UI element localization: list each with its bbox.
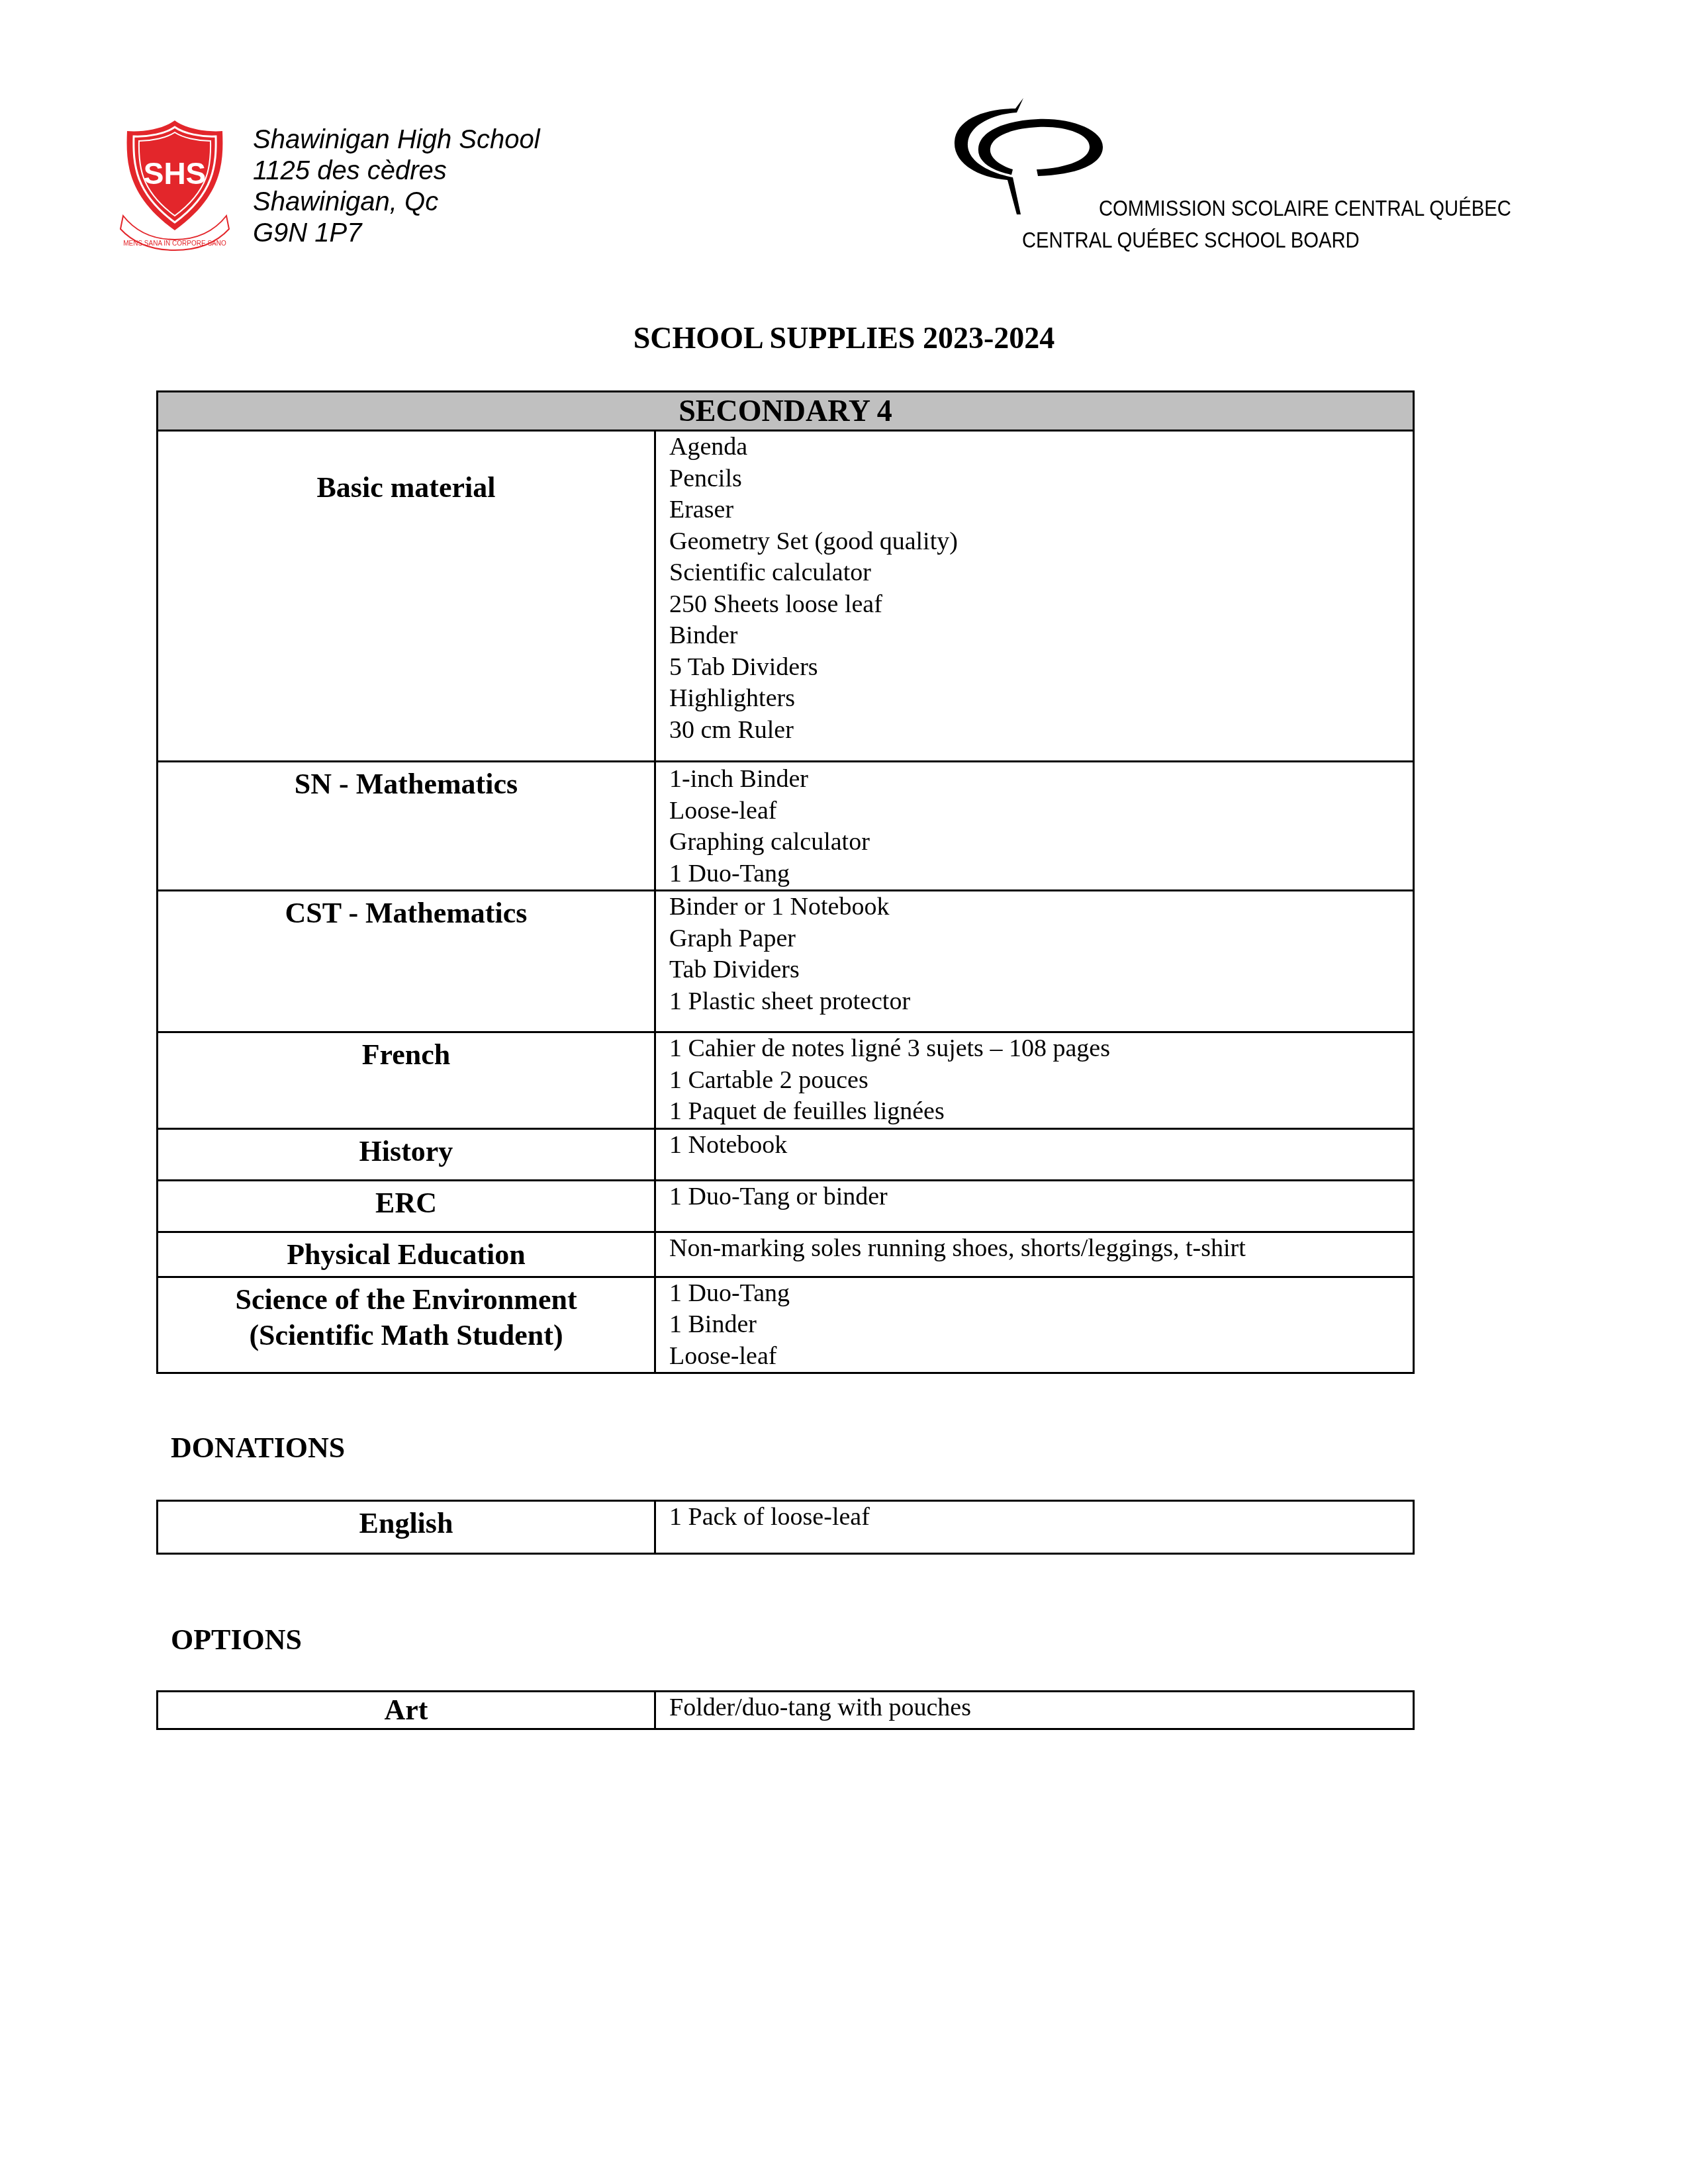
subject-line: Science of the Environment [158, 1282, 654, 1318]
table-row: Science of the Environment (Scientific M… [158, 1277, 1414, 1373]
donations-table: English 1 Pack of loose-leaf [156, 1500, 1415, 1555]
options-table: Art Folder/duo-tang with pouches [156, 1690, 1415, 1730]
subject-cell: History [158, 1128, 655, 1180]
item: Eraser [669, 494, 1413, 526]
item: Highlighters [669, 683, 1413, 715]
item: Geometry Set (good quality) [669, 526, 1413, 558]
items-cell: 1 Notebook [655, 1128, 1414, 1180]
supplies-table: SECONDARY 4 Basic material Agenda Pencil… [156, 390, 1415, 1374]
document-title: SCHOOL SUPPLIES 2023-2024 [0, 320, 1688, 355]
item: 1 Paquet de feuilles lignées [669, 1096, 1413, 1128]
item: Loose-leaf [669, 796, 1413, 827]
table-row: History 1 Notebook [158, 1128, 1414, 1180]
items-cell: Agenda Pencils Eraser Geometry Set (good… [655, 431, 1414, 762]
item: Folder/duo-tang with pouches [669, 1692, 1413, 1724]
items-cell: 1 Pack of loose-leaf [655, 1501, 1414, 1554]
subject-line: (Scientific Math Student) [158, 1318, 654, 1353]
item: 1 Binder [669, 1309, 1413, 1341]
street-address: 1125 des cèdres [253, 156, 540, 187]
subject-cell: SN - Mathematics [158, 762, 655, 891]
items-cell: 1 Duo-Tang 1 Binder Loose-leaf [655, 1277, 1414, 1373]
subject-cell: ERC [158, 1180, 655, 1232]
items-cell: Non-marking soles running shoes, shorts/… [655, 1232, 1414, 1277]
item: 1 Cartable 2 pouces [669, 1065, 1413, 1097]
item: Graphing calculator [669, 827, 1413, 858]
items-cell: 1-inch Binder Loose-leaf Graphing calcul… [655, 762, 1414, 891]
subject-cell: Physical Education [158, 1232, 655, 1277]
subject-cell: Art [158, 1692, 655, 1729]
item: Loose-leaf [669, 1341, 1413, 1373]
item: 1 Plastic sheet protector [669, 986, 1413, 1018]
city: Shawinigan, Qc [253, 187, 540, 218]
item: 1 Duo-Tang [669, 1278, 1413, 1310]
subject-cell: Science of the Environment (Scientific M… [158, 1277, 655, 1373]
item: 1 Duo-Tang or binder [669, 1181, 1413, 1213]
item: Agenda [669, 432, 1413, 463]
item: Pencils [669, 463, 1413, 495]
board-name-english: CENTRAL QUÉBEC SCHOOL BOARD [1022, 228, 1360, 253]
school-name: Shawinigan High School [253, 124, 540, 156]
table-row: CST - Mathematics Binder or 1 Notebook G… [158, 891, 1414, 1032]
table-row: Art Folder/duo-tang with pouches [158, 1692, 1414, 1729]
item: 250 Sheets loose leaf [669, 589, 1413, 621]
svg-text:MENS SANA IN CORPORE SANO: MENS SANA IN CORPORE SANO [123, 240, 226, 248]
item: 30 cm Ruler [669, 715, 1413, 747]
grade-header: SECONDARY 4 [158, 392, 1414, 431]
item: Binder [669, 620, 1413, 652]
postal-code: G9N 1P7 [253, 218, 540, 249]
table-row: Physical Education Non-marking soles run… [158, 1232, 1414, 1277]
item: 1 Pack of loose-leaf [669, 1502, 1413, 1533]
item: Non-marking soles running shoes, shorts/… [669, 1233, 1413, 1265]
subject-cell: CST - Mathematics [158, 891, 655, 1032]
school-address: Shawinigan High School 1125 des cèdres S… [253, 124, 540, 249]
subject-cell: French [158, 1032, 655, 1129]
item: Binder or 1 Notebook [669, 891, 1413, 923]
items-cell: 1 Cahier de notes ligné 3 sujets – 108 p… [655, 1032, 1414, 1129]
items-cell: Binder or 1 Notebook Graph Paper Tab Div… [655, 891, 1414, 1032]
item: 1 Notebook [669, 1130, 1413, 1161]
items-cell: 1 Duo-Tang or binder [655, 1180, 1414, 1232]
table-row: ERC 1 Duo-Tang or binder [158, 1180, 1414, 1232]
grade-header-row: SECONDARY 4 [158, 392, 1414, 431]
item: Graph Paper [669, 923, 1413, 955]
table-row: French 1 Cahier de notes ligné 3 sujets … [158, 1032, 1414, 1129]
subject-cell: English [158, 1501, 655, 1554]
shs-initials: SHS [144, 156, 207, 191]
table-row: English 1 Pack of loose-leaf [158, 1501, 1414, 1554]
subject-cell: Basic material [158, 431, 655, 762]
table-row: Basic material Agenda Pencils Eraser Geo… [158, 431, 1414, 762]
item: Tab Dividers [669, 954, 1413, 986]
item: 5 Tab Dividers [669, 652, 1413, 684]
shs-crest-icon: SHS MENS SANA IN CORPORE SANO [118, 116, 232, 251]
donations-heading: DONATIONS [171, 1431, 345, 1465]
item: 1 Duo-Tang [669, 858, 1413, 890]
items-cell: Folder/duo-tang with pouches [655, 1692, 1414, 1729]
board-name-french: COMMISSION SCOLAIRE CENTRAL QUÉBEC [1099, 196, 1511, 222]
item: Scientific calculator [669, 557, 1413, 589]
table-row: SN - Mathematics 1-inch Binder Loose-lea… [158, 762, 1414, 891]
options-heading: OPTIONS [171, 1623, 302, 1657]
item: 1-inch Binder [669, 764, 1413, 796]
item: 1 Cahier de notes ligné 3 sujets – 108 p… [669, 1033, 1413, 1065]
